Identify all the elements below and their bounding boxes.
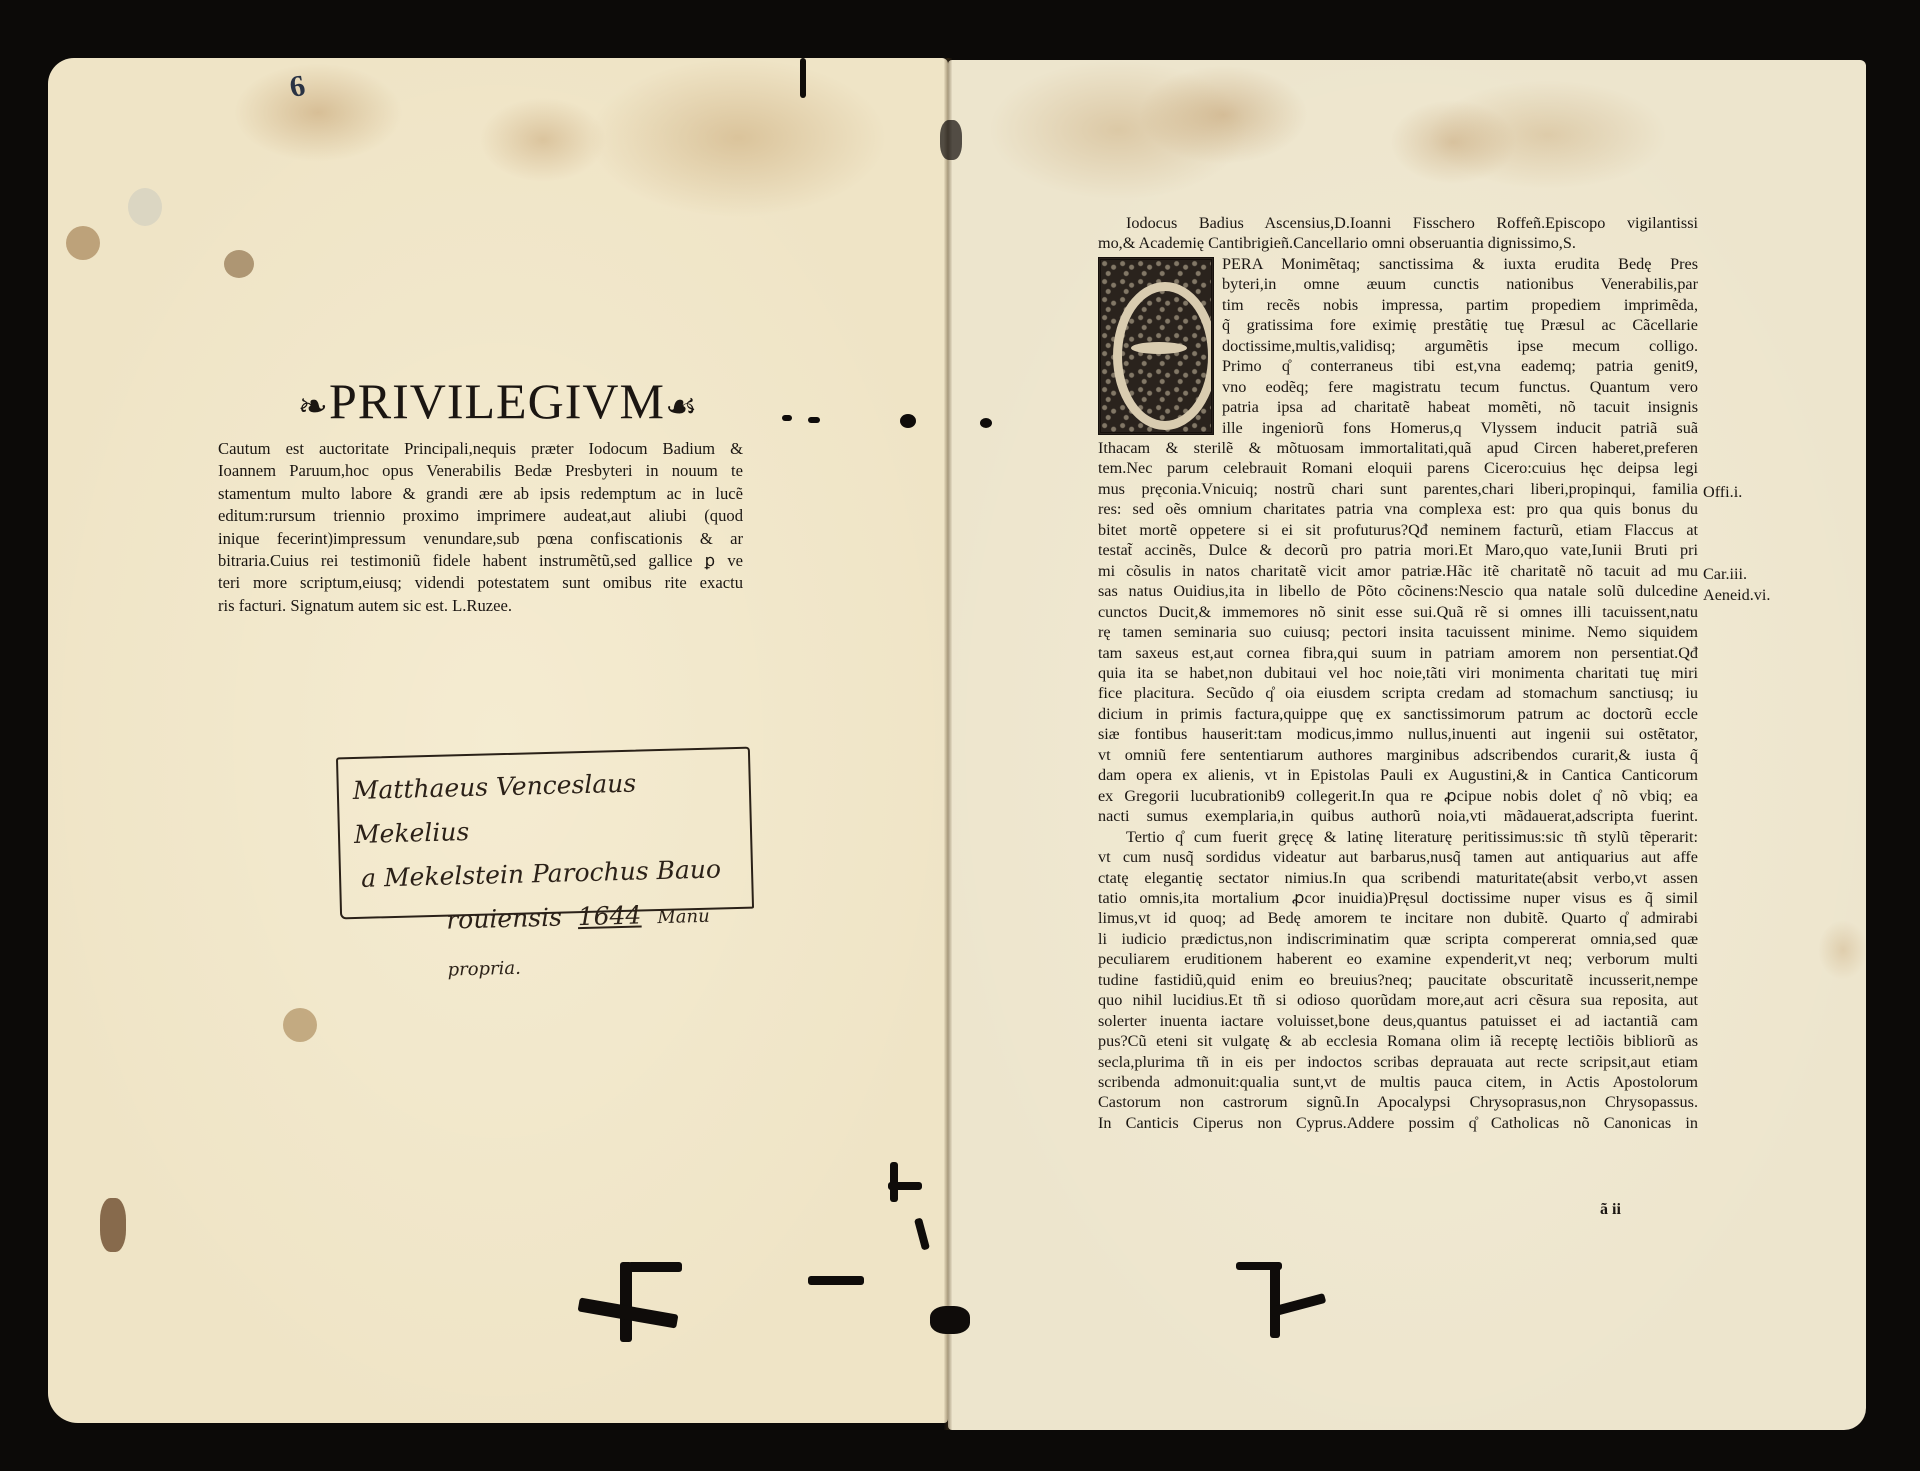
ink-blot — [628, 1262, 682, 1272]
text-line: Ioannem Paruum,hoc opus Venerabilis Bedæ… — [218, 460, 743, 482]
water-stain — [224, 250, 254, 278]
dedicatory-epistle: Iodocus Badius Ascensius,D.Ioanni Fissch… — [1098, 213, 1698, 1133]
text-line: PERA Monimẽtaq; sanctissima & iuxta erud… — [1222, 254, 1698, 274]
fleuron-icon: ☙ — [665, 387, 698, 427]
text-line: In Canticis Ciperus non Cyprus.Addere po… — [1098, 1113, 1698, 1133]
text-line: patria ipsa ad charitatẽ habeat momẽti, … — [1222, 397, 1698, 417]
text-line: Primo q̊ conterraneus tibi est,vna eadem… — [1222, 356, 1698, 376]
text-line: dam opera ex alienis, vt in Epistolas Pa… — [1098, 765, 1698, 785]
text-line: dicium in primis factura,quippe quę ex s… — [1098, 704, 1698, 724]
privilege-title: ❧PRIVILEGIVM☙ — [258, 372, 738, 430]
text-line: li iudicio prædictus,non indiscriminatim… — [1098, 929, 1698, 949]
text-line: bitet mortẽ oppetere si ei sit profuturu… — [1098, 520, 1698, 540]
ink-blot — [888, 1182, 922, 1190]
text-line: stamentum multo labore & grandi ære ab i… — [218, 483, 743, 505]
text-line: mi cõsulis in natos charitatẽ vicit amor… — [1098, 561, 1698, 581]
manuscript-line: Matthaeus Venceslaus Mekelius — [352, 759, 744, 857]
heading-line: mo,& Academię Cantibrigieñ.Cancellario o… — [1098, 233, 1698, 253]
signature-name: L.Ruzee. — [452, 596, 512, 615]
text-line: scribenda admonuit:qualia sunt,vt de mul… — [1098, 1072, 1698, 1092]
margin-note: Aeneid.vi. — [1703, 586, 1770, 605]
ink-blot — [980, 418, 992, 428]
manuscript-ownership-note: Matthaeus Venceslaus Mekelius a Mekelste… — [336, 747, 754, 920]
text-line: ctatę elegantię sectator nimius.In qua s… — [1098, 868, 1698, 888]
ink-blot — [930, 1306, 970, 1334]
text-line: vno eodẽq; fere magistratu tecum functus… — [1222, 377, 1698, 397]
text-line: tim recẽs nobis impressa, partim propedi… — [1222, 295, 1698, 315]
text-line: res: sed oẽs omnium charitates patria vn… — [1098, 499, 1698, 519]
signature-label: Signatum autem sic est. — [290, 596, 448, 615]
text-line: nacti sumus exemplaria,in quibus authorũ… — [1098, 806, 1698, 826]
text-line: quo nihil lucidius.Et tñ si odioso quorũ… — [1098, 990, 1698, 1010]
text-line: Cautum est auctoritate Principali,nequis… — [218, 438, 743, 460]
water-stain — [283, 1008, 317, 1042]
text-line: doctissime,multis,validisq; argumẽtis ip… — [1222, 336, 1698, 356]
margin-note: Offi.i. — [1703, 483, 1742, 502]
text-line: cunctos Ducit,& immemores nõ sinit esse … — [1098, 602, 1698, 622]
text-line: peculiarem eruditionem haberent eo exami… — [1098, 949, 1698, 969]
text-line: ris facturi. — [218, 596, 286, 615]
text-line: q̃ gratissima fore eximię prestãtię tuę … — [1222, 315, 1698, 335]
text-line: vt omniũ fere sententiarum authores marg… — [1098, 745, 1698, 765]
water-stain — [988, 60, 1248, 200]
signature-mark: ã ii — [1600, 1201, 1621, 1219]
heading-line: Iodocus Badius Ascensius,D.Ioanni Fissch… — [1098, 213, 1698, 233]
left-page — [48, 58, 948, 1423]
text-line: Tertio q̊ cum fuerit gręcę & latinę lite… — [1098, 827, 1698, 847]
margin-note: Car.iii. — [1703, 565, 1747, 584]
text-line: bitraria.Cuius rei testimoniũ fidele hab… — [218, 550, 743, 572]
text-line: limus,vt id quoq; ad Bedę amorem te inci… — [1098, 908, 1698, 928]
ink-blot — [1270, 1262, 1280, 1338]
text-line: tudine fastidiũ,quid enim eo breuius?neq… — [1098, 970, 1698, 990]
text-line: Ithacam & sterilẽ & mõtuosam immortalita… — [1098, 438, 1698, 458]
water-stain — [1818, 920, 1868, 980]
text-line: vt cum nusq̃ sordidus videatur aut barba… — [1098, 847, 1698, 867]
manuscript-line: rouiensis 1644 Manu propria. — [356, 891, 748, 995]
text-line: siæ fontibus hauserit:tam modicus,immo n… — [1098, 724, 1698, 744]
ink-blot — [900, 414, 916, 428]
text-line: tem.Nec parum celebrauit Romani eloquii … — [1098, 458, 1698, 478]
manuscript-text: Matthaeus Venceslaus Mekelius a Mekelste… — [352, 759, 748, 995]
text-line: rę tamen seminaria suo cuiusq; pectori i… — [1098, 622, 1698, 642]
text-line: fice placitura. Secũdo q̊ oia eiusdem sc… — [1098, 683, 1698, 703]
text-line: pus?Cũ eteni sit vulgatę & ab ecclesia R… — [1098, 1031, 1698, 1051]
ink-blot — [800, 58, 806, 98]
text-line: mus pręconia.Vnicuiq; nostrũ chari sunt … — [1098, 479, 1698, 499]
text-line: editum:rursum triennio proximo imprimere… — [218, 505, 743, 527]
fleuron-icon: ❧ — [298, 387, 329, 427]
book-gutter — [944, 58, 952, 1430]
text-line: teri more scriptum,eiusq; videndi potest… — [218, 572, 743, 594]
ink-blot — [782, 415, 792, 421]
text-line: quia ita se habet,non dubitaui vel hoc n… — [1098, 663, 1698, 683]
text-line: inique fecerint)impressum venundare,sub … — [218, 528, 743, 550]
privilege-title-text: PRIVILEGIVM — [329, 373, 665, 429]
drop-cap-lines: PERA Monimẽtaq; sanctissima & iuxta erud… — [1222, 254, 1698, 438]
text-line: ex Gregorii lucubrationib9 collegerit.In… — [1098, 786, 1698, 806]
text-line: solerter inuenta iactare voluisset,bone … — [1098, 1011, 1698, 1031]
ink-blot — [620, 1262, 632, 1342]
water-stain — [128, 188, 162, 226]
text-line: byteri,in omne æuum cunctis nationibus V… — [1222, 274, 1698, 294]
text-line: sas natus Ouidius,ita in libello de Põto… — [1098, 581, 1698, 601]
water-stain — [588, 58, 888, 218]
text-line: tatio omnis,ita mortalium ꝓcor inuidia)P… — [1098, 888, 1698, 908]
signature-line: ris facturi. Signatum autem sic est. L.R… — [218, 595, 743, 617]
manuscript-word: rouiensis — [446, 903, 562, 935]
ink-blot — [808, 1276, 864, 1285]
text-line: tam saxeus est,aut cornea fibra,qui suum… — [1098, 643, 1698, 663]
drop-cap-block: PERA Monimẽtaq; sanctissima & iuxta erud… — [1098, 254, 1698, 438]
ink-blot — [808, 417, 820, 423]
text-line: ille ingeniorũ fons Homerus,q Vlyssem in… — [1222, 418, 1698, 438]
privilege-text: Cautum est auctoritate Principali,nequis… — [218, 438, 743, 617]
water-stain — [100, 1198, 126, 1252]
text-line: Castorum non castrorum signũ.In Apocalyp… — [1098, 1092, 1698, 1112]
text-line: testat̃ accinẽs, Dulce & decorũ pro patr… — [1098, 540, 1698, 560]
text-line: secla,plurima tñ in eis per indoctos scr… — [1098, 1052, 1698, 1072]
drop-cap-ornament-icon — [1098, 257, 1214, 435]
water-stain — [66, 226, 100, 260]
manuscript-year: 1644 — [577, 901, 641, 932]
ink-blot — [940, 120, 962, 160]
water-stain — [1428, 80, 1668, 190]
